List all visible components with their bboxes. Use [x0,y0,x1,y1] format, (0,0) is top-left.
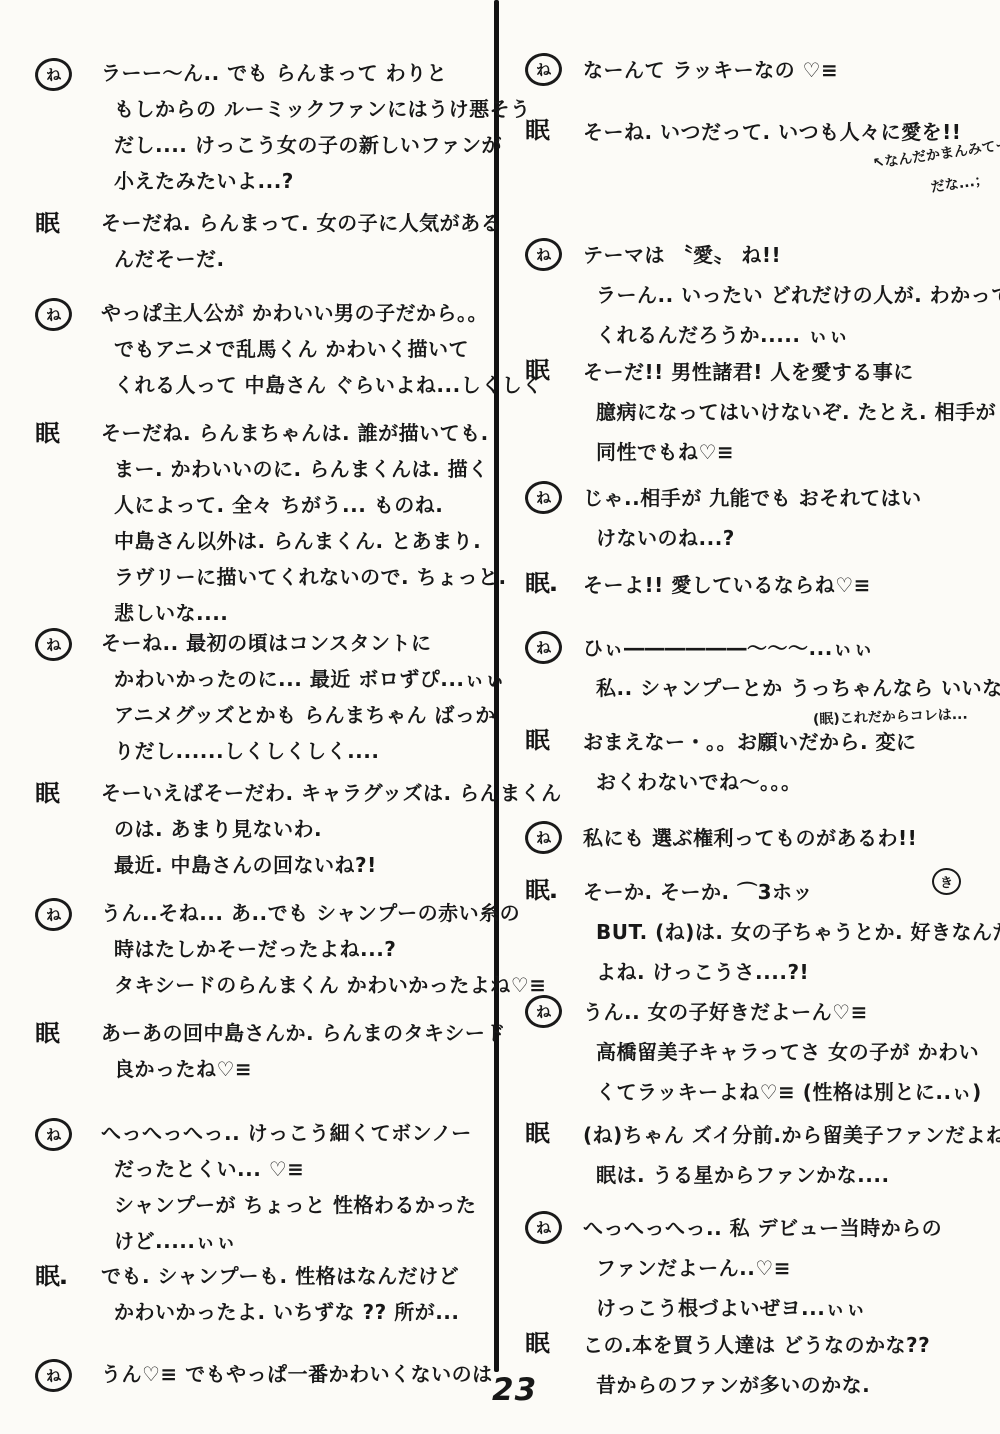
speaker-badge-min: 眠 [525,1325,549,1358]
handwritten-line: 私.. シャンプーとか うっちゃんなら いいな♡≡ [596,668,995,708]
handwritten-line: この.本を買う人達は どうなのかな?? [583,1325,995,1365]
handwritten-text-lines: そーだね. らんまって. 女の子に人気があるんだそーだ. [101,205,490,277]
handwritten-text-lines: うん..そね... あ..でも シャンプーの赤い糸の時はたしかそーだったよね..… [101,895,490,1003]
speaker-badge-ne-circled-icon: ね [34,296,74,332]
speaker-badge-min: 眠 [35,775,59,808]
dialogue-block: 眠.そーよ!! 愛しているならね♡≡ [525,565,995,605]
handwritten-line: うん.. 女の子好きだよーん♡≡ [583,992,995,1032]
handwritten-text-lines: うん♡≡ でもやっぱ一番かわいくないのは [101,1356,490,1392]
handwritten-line: 眠は. うる星からファンかな.... [596,1155,995,1195]
speaker-badge-min: 眠 [35,1015,59,1048]
handwritten-line: うん..そね... あ..でも シャンプーの赤い糸の [101,895,490,931]
handwritten-line: アニメグッズとかも らんまちゃん ばっか [114,697,490,733]
dialogue-block: 眠そーだ!! 男性諸君! 人を愛する事に臆病になってはいけないぞ. たとえ. 相… [525,352,995,472]
handwritten-line: そーだね. らんまって. 女の子に人気がある [101,205,490,241]
handwritten-line: ラヴリーに描いてくれないので. ちょっと. [114,559,490,595]
handwritten-line: 中島さん以外は. らんまくん. とあまり. [114,523,490,559]
speaker-badge-ne-circled-icon: ね [524,1209,564,1245]
speaker-badge-ne-circled-icon: ね [34,1116,74,1152]
handwritten-text-lines: うん.. 女の子好きだよーん♡≡高橋留美子キャラってさ 女の子が かわいくてラッ… [583,992,995,1112]
handwritten-line: 時はたしかそーだったよね...? [114,931,490,967]
dialogue-block: 眠そーね. いつだって. いつも人々に愛を!!↖なんだかまんみてーだな...； [525,112,995,200]
page-number: 23 [492,1372,537,1408]
handwritten-line: テーマは 〝愛〟 ね!! [583,235,995,275]
handwritten-line: おまえなー・。。お願いだから. 変に [583,722,995,762]
handwritten-text-lines: この.本を買う人達は どうなのかな??昔からのファンが多いのかな. [583,1325,995,1405]
handwritten-text-lines: 私にも 選ぶ権利ってものがあるわ!! [583,818,995,858]
speaker-badge-ne-circled-icon: ね [524,236,564,272]
left-column: ねラーー〜ん.. でも らんまって わりともしからの ルーミックファンにはうけ悪… [35,0,490,1434]
handwritten-line: だったとくい... ♡≡ [114,1151,490,1187]
speaker-badge-min: 眠 [525,112,549,145]
handwritten-line: 小えたみたいよ...? [114,163,490,199]
dialogue-block: ねひぃ――――――〜〜〜...ぃぃ私.. シャンプーとか うっちゃんなら いいな… [525,628,995,732]
handwritten-line: (ね)ちゃん ズイ分前.から留美子ファンだよね. [583,1115,995,1155]
handwritten-line: のは. あまり見ないわ. [114,811,490,847]
handwritten-line: くれる人って 中島さん ぐらいよね...しくしく [114,367,490,403]
handwritten-line: りだし......しくしくしく.... [114,733,490,769]
margin-annotation: だな...； [929,167,996,200]
handwritten-line: かわいかったよ. いちずな ?? 所が... [114,1294,490,1330]
handwritten-line: 同性でもね♡≡ [596,432,995,472]
handwritten-line: もしからの ルーミックファンにはうけ悪そう [114,91,490,127]
dialogue-block: 眠そーだね. らんまって. 女の子に人気があるんだそーだ. [35,205,490,277]
handwritten-text-lines: あーあの回中島さんか. らんまのタキシード良かったね♡≡ [101,1015,490,1087]
handwritten-text-lines: ひぃ――――――〜〜〜...ぃぃ私.. シャンプーとか うっちゃんなら いいな♡… [583,628,995,732]
handwritten-text-lines: そーね. いつだって. いつも人々に愛を!!↖なんだかまんみてーだな...； [583,112,995,200]
handwritten-text-lines: テーマは 〝愛〟 ね!!ラーん.. いったい どれだけの人が. わかってくれるん… [583,235,995,355]
speaker-badge-min: 眠 [525,722,549,755]
dialogue-block: ねやっぱ主人公が かわいい男の子だから。。でもアニメで乱馬くん かわいく描いてく… [35,295,490,403]
handwritten-text-lines: へっへっへっ.. けっこう細くてボンノーだったとくい... ♡≡シャンプーが ち… [101,1115,490,1259]
speaker-badge-ne-circled-icon: ね [524,819,564,855]
handwritten-line: けないのね...? [596,518,995,558]
speaker-badge-min: 眠 [35,205,59,238]
speaker-badge-ne-circled-icon: ね [34,56,74,92]
dialogue-block: ねへっへっへっ.. 私 デビュー当時からのファンだよーん..♡≡けっこう根づよい… [525,1208,995,1328]
handwritten-line: 人によって. 全々 ちがう... ものね. [114,487,490,523]
dialogue-block: ねうん..そね... あ..でも シャンプーの赤い糸の時はたしかそーだったよね.… [35,895,490,1003]
dialogue-block: ねうん♡≡ でもやっぱ一番かわいくないのは [35,1356,490,1392]
handwritten-line: 私にも 選ぶ権利ってものがあるわ!! [583,818,995,858]
speaker-badge-ne-circled-icon: ね [34,896,74,932]
handwritten-line: あーあの回中島さんか. らんまのタキシード [101,1015,490,1051]
handwritten-text-lines: やっぱ主人公が かわいい男の子だから。。でもアニメで乱馬くん かわいく描いてくれ… [101,295,490,403]
handwritten-line: 昔からのファンが多いのかな. [596,1365,995,1405]
handwritten-text-lines: そーいえばそーだわ. キャラグッズは. らんまくんのは. あまり見ないわ.最近.… [101,775,490,883]
handwritten-text-lines: そーね.. 最初の頃はコンスタントにかわいかったのに... 最近 ボロずぴ...… [101,625,490,769]
dialogue-block: ね私にも 選ぶ権利ってものがあるわ!! [525,818,995,858]
handwritten-text-lines: おまえなー・。。お願いだから. 変におくわないでね〜。。。 [583,722,995,802]
dialogue-block: 眠この.本を買う人達は どうなのかな??昔からのファンが多いのかな. [525,1325,995,1405]
speaker-badge-min: 眠. [35,1258,67,1291]
handwritten-text-lines: そーだね. らんまちゃんは. 誰が描いても.まー. かわいいのに. らんまくんは… [101,415,490,631]
handwritten-line: 臆病になってはいけないぞ. たとえ. 相手が [596,392,995,432]
dialogue-block: 眠そーだね. らんまちゃんは. 誰が描いても.まー. かわいいのに. らんまくん… [35,415,490,631]
speaker-badge-min: 眠. [525,565,557,598]
handwritten-line: くてラッキーよね♡≡ (性格は別とに..ぃ) [596,1072,995,1112]
handwritten-line: けっこう根づよいぜヨ...ぃぃ [596,1288,995,1328]
dialogue-block: 眠そーいえばそーだわ. キャラグッズは. らんまくんのは. あまり見ないわ.最近… [35,775,490,883]
speaker-badge-min: 眠 [525,352,549,385]
scanned-doujinshi-page: ねラーー〜ん.. でも らんまって わりともしからの ルーミックファンにはうけ悪… [0,0,1000,1434]
dialogue-block: ねそーね.. 最初の頃はコンスタントにかわいかったのに... 最近 ボロずぴ..… [35,625,490,769]
handwritten-line: タキシードのらんまくん かわいかったよね♡≡ [114,967,490,1003]
handwritten-text-lines: なーんて ラッキーなの ♡≡ [583,50,995,90]
handwritten-text-lines: でも. シャンプーも. 性格はなんだけどかわいかったよ. いちずな ?? 所が.… [101,1258,490,1330]
handwritten-line: 最近. 中島さんの回ないね?! [114,847,490,883]
dialogue-block: ねラーー〜ん.. でも らんまって わりともしからの ルーミックファンにはうけ悪… [35,55,490,199]
handwritten-text-lines: (ね)ちゃん ズイ分前.から留美子ファンだよね.眠は. うる星からファンかな..… [583,1115,995,1195]
dialogue-block: 眠(ね)ちゃん ズイ分前.から留美子ファンだよね.眠は. うる星からファンかな.… [525,1115,995,1195]
speaker-badge-ne-circled-icon: ね [524,51,564,87]
speaker-badge-ne-circled-icon: ね [34,1357,74,1393]
right-column: ねなーんて ラッキーなの ♡≡眠そーね. いつだって. いつも人々に愛を!!↖な… [525,0,995,1434]
speaker-badge-min: 眠. [525,872,557,905]
speaker-badge-ne-circled-icon: ね [524,479,564,515]
handwritten-line: そーよ!! 愛しているならね♡≡ [583,565,995,605]
dialogue-block: ねなーんて ラッキーなの ♡≡ [525,50,995,90]
handwritten-line: んだそーだ. [114,241,490,277]
handwritten-line: だし.... けっこう女の子の新しいファンが [114,127,490,163]
handwritten-line: 高橋留美子キャラってさ 女の子が かわい [596,1032,995,1072]
handwritten-line: BUT. (ね)は. 女の子ちゃうとか. 好きなんだ [596,912,995,952]
handwritten-text-lines: じゃ..相手が 九能でも おそれてはいけないのね...? [583,478,995,558]
handwritten-line: ファンだよーん..♡≡ [596,1248,995,1288]
dialogue-block: ねテーマは 〝愛〟 ね!!ラーん.. いったい どれだけの人が. わかってくれる… [525,235,995,355]
handwritten-line: まー. かわいいのに. らんまくんは. 描く [114,451,490,487]
handwritten-line: 良かったね♡≡ [114,1051,490,1087]
dialogue-block: ねへっへっへっ.. けっこう細くてボンノーだったとくい... ♡≡シャンプーが … [35,1115,490,1259]
handwritten-line: へっへっへっ.. けっこう細くてボンノー [101,1115,490,1151]
handwritten-line: そーね.. 最初の頃はコンスタントに [101,625,490,661]
circled-insert-mark-icon: き [932,868,961,895]
handwritten-line: うん♡≡ でもやっぱ一番かわいくないのは [101,1356,490,1392]
handwritten-text-lines: そーだ!! 男性諸君! 人を愛する事に臆病になってはいけないぞ. たとえ. 相手… [583,352,995,472]
handwritten-line: シャンプーが ちょっと 性格わるかった [114,1187,490,1223]
handwritten-line: なーんて ラッキーなの ♡≡ [583,50,995,90]
handwritten-text-lines: そーよ!! 愛しているならね♡≡ [583,565,995,605]
handwritten-line: そーだね. らんまちゃんは. 誰が描いても. [101,415,490,451]
handwritten-line: よね. けっこうさ....?! [596,952,995,992]
handwritten-line: じゃ..相手が 九能でも おそれてはい [583,478,995,518]
speaker-badge-ne-circled-icon: ね [34,626,74,662]
handwritten-line: けど.....ぃぃ [114,1223,490,1259]
handwritten-line: ラーん.. いったい どれだけの人が. わかって [596,275,995,315]
handwritten-text-lines: ラーー〜ん.. でも らんまって わりともしからの ルーミックファンにはうけ悪そ… [101,55,490,199]
handwritten-text-lines: そーか. そーか. ⌒3ホッBUT. (ね)は. 女の子ちゃうとか. 好きなんだ… [583,872,995,992]
dialogue-block: ねじゃ..相手が 九能でも おそれてはいけないのね...? [525,478,995,558]
handwritten-line: ラーー〜ん.. でも らんまって わりと [101,55,490,91]
handwritten-line: やっぱ主人公が かわいい男の子だから。。 [101,295,490,331]
handwritten-line: でもアニメで乱馬くん かわいく描いて [114,331,490,367]
handwritten-line: おくわないでね〜。。。 [596,762,995,802]
handwritten-line: くれるんだろうか..... ぃぃ [596,315,995,355]
handwritten-text-lines: へっへっへっ.. 私 デビュー当時からのファンだよーん..♡≡けっこう根づよいぜ… [583,1208,995,1328]
dialogue-block: 眠.でも. シャンプーも. 性格はなんだけどかわいかったよ. いちずな ?? 所… [35,1258,490,1330]
dialogue-block: 眠.きそーか. そーか. ⌒3ホッBUT. (ね)は. 女の子ちゃうとか. 好き… [525,872,995,992]
dialogue-block: ねうん.. 女の子好きだよーん♡≡高橋留美子キャラってさ 女の子が かわいくてラ… [525,992,995,1112]
handwritten-line: ひぃ――――――〜〜〜...ぃぃ [583,628,995,668]
handwritten-line: でも. シャンプーも. 性格はなんだけど [101,1258,490,1294]
speaker-badge-min: 眠 [525,1115,549,1148]
dialogue-block: 眠あーあの回中島さんか. らんまのタキシード良かったね♡≡ [35,1015,490,1087]
speaker-badge-ne-circled-icon: ね [524,993,564,1029]
speaker-badge-ne-circled-icon: ね [524,629,564,665]
speaker-badge-min: 眠 [35,415,59,448]
handwritten-line: かわいかったのに... 最近 ボロずぴ...ぃぃ [114,661,490,697]
handwritten-line: そーだ!! 男性諸君! 人を愛する事に [583,352,995,392]
handwritten-line: へっへっへっ.. 私 デビュー当時からの [583,1208,995,1248]
dialogue-block: 眠おまえなー・。。お願いだから. 変におくわないでね〜。。。 [525,722,995,802]
handwritten-line: そーいえばそーだわ. キャラグッズは. らんまくん [101,775,490,811]
